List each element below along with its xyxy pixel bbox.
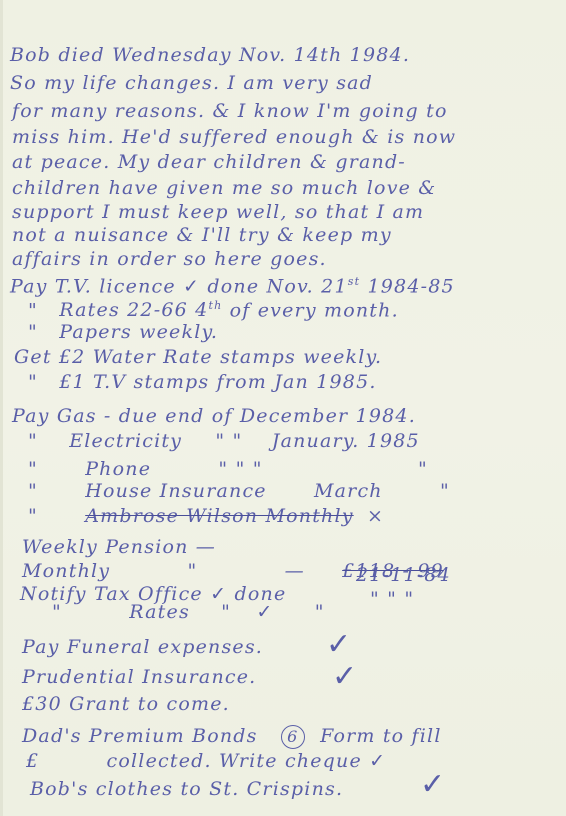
narrative-line-3: for many reasons. & I know I'm going to [12, 102, 448, 121]
ditto-mark: " [28, 458, 38, 480]
ditto-mark: " [440, 480, 450, 502]
struck-text: Ambrose Wilson Monthly [85, 505, 353, 527]
checkmark-icon: ✓ [256, 601, 273, 623]
narrative-line-7: support I must keep well, so that I am [12, 203, 424, 222]
narrative-line-2: So my life changes. I am very sad [10, 74, 373, 93]
task-phone: " Phone " " " " [28, 460, 428, 479]
ditto-mark: " [28, 371, 38, 393]
task-rates-notify: " Rates " ✓ " [52, 603, 325, 622]
ditto-mark: " " " [218, 458, 262, 480]
ditto-mark: " [28, 321, 38, 343]
task-papers: " Papers weekly. [28, 323, 218, 342]
ditto-mark: " [28, 299, 38, 321]
narrative-line-6: children have given me so much love & [12, 179, 436, 198]
task-text: Phone [85, 458, 151, 480]
checkmark-icon: ✓ [420, 770, 445, 800]
task-text: Dad's Premium Bonds [22, 725, 258, 747]
narrative-line-4: miss him. He'd suffered enough & is now [12, 128, 456, 147]
ditto-mark: " " [215, 430, 242, 452]
dash: — [285, 560, 305, 582]
task-house-insurance: " House Insurance March " [28, 482, 450, 501]
date-suffix: st [348, 275, 360, 288]
checkmark-icon: ✓ [369, 750, 386, 772]
narrative-line-1: Bob died Wednesday Nov. 14th 1984. [10, 46, 410, 65]
task-text: collected. Write cheque [107, 750, 362, 772]
task-rates: " Rates 22-66 4th of every month. [28, 300, 399, 320]
task-water-stamps: Get £2 Water Rate stamps weekly. [14, 348, 382, 367]
ditto-mark: " [315, 601, 325, 623]
narrative-line-5: at peace. My dear children & grand- [12, 153, 406, 172]
task-text: Rates [129, 601, 190, 623]
task-text: Rates 22-66 4 [59, 299, 208, 321]
date-suffix: th [208, 299, 222, 312]
ditto-mark: " [418, 458, 428, 480]
task-weekly-pension: Weekly Pension — [22, 538, 216, 557]
task-premium-bonds: Dad's Premium Bonds 6 Form to fill [22, 725, 442, 749]
task-text: House Insurance [85, 480, 267, 502]
form-note: Form to fill [320, 725, 442, 747]
task-rest: of every month. [230, 299, 399, 321]
task-text: Pay T.V. licence [10, 275, 176, 297]
task-gas: Pay Gas - due end of December 1984. [12, 407, 416, 426]
pound-sign: £ [26, 750, 39, 772]
checkmark-icon: ✓ [326, 630, 351, 660]
task-electricity: " Electricity " " January. 1985 [28, 432, 420, 451]
handwritten-page: Bob died Wednesday Nov. 14th 1984. So my… [0, 0, 566, 816]
task-text: £1 T.V stamps from Jan 1985. [59, 371, 376, 393]
task-prudential: Prudential Insurance. [22, 668, 256, 687]
licence-year: 1984-85 [367, 275, 454, 297]
task-struck: " Ambrose Wilson Monthly × [28, 507, 384, 526]
ditto-mark: " [221, 601, 231, 623]
due-month: January. 1985 [272, 430, 420, 452]
task-text: Monthly [22, 560, 110, 582]
tax-office-date: 21-11-84 [356, 566, 451, 585]
task-collected: £ collected. Write cheque ✓ [26, 752, 386, 771]
checkmark-icon: ✓ [332, 662, 357, 692]
ditto-date: " " " [370, 590, 414, 609]
due-month: March [314, 480, 383, 502]
cross-mark: × [367, 505, 384, 527]
task-tv-licence: Pay T.V. licence ✓ done Nov. 21st 1984-8… [10, 276, 455, 296]
done-date: done Nov. 21 [207, 275, 347, 297]
task-text: Papers weekly. [59, 321, 218, 343]
ditto-mark: " [28, 480, 38, 502]
task-tv-stamps: " £1 T.V stamps from Jan 1985. [28, 373, 377, 392]
task-funeral: Pay Funeral expenses. [22, 638, 263, 657]
ditto-mark: " [28, 430, 38, 452]
narrative-line-9: affairs in order so here goes. [12, 250, 327, 269]
circled-number: 6 [281, 725, 305, 749]
ditto-mark: " [28, 505, 38, 527]
task-grant: £30 Grant to come. [22, 695, 230, 714]
ditto-mark: " [52, 601, 62, 623]
task-clothes: Bob's clothes to St. Crispins. [30, 780, 343, 799]
checkmark-icon: ✓ [183, 275, 200, 297]
ditto-mark: " [187, 560, 197, 582]
narrative-line-8: not a nuisance & I'll try & keep my [12, 226, 392, 245]
page-edge [0, 0, 3, 816]
task-text: Electricity [69, 430, 182, 452]
